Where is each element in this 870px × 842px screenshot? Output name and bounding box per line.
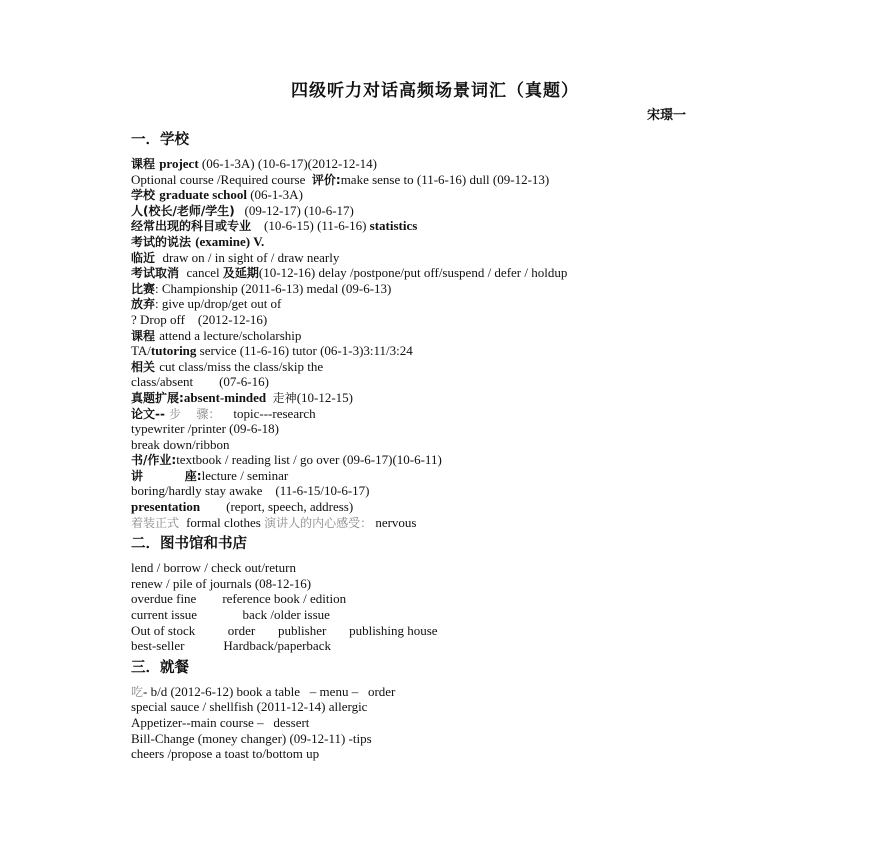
document-title: 四级听力对话高频场景词汇（真题） <box>0 76 870 101</box>
text-segment-bold: graduate school <box>159 187 247 202</box>
text-line: 学校 graduate school (06-1-3A) <box>131 187 771 203</box>
text-line: current issue back /older issue <box>131 607 771 623</box>
text-segment-rest: (report, speech, address) <box>200 499 353 514</box>
text-segment-cn: 人(校长/老师/学生) <box>131 204 235 218</box>
section-heading-library: 二．图书馆和书店 <box>131 532 771 556</box>
text-segment-bold: absent-minded <box>184 390 266 405</box>
text-segment-gray: 吃 <box>131 685 143 699</box>
text-line: Bill-Change (money changer) (09-12-11) -… <box>131 731 771 747</box>
text-segment-bold2: statistics <box>370 218 418 233</box>
text-segment-rest2: (10-12-16) delay /postpone/put off/suspe… <box>259 265 567 280</box>
text-segment-rest: draw on / in sight of / draw nearly <box>159 250 339 265</box>
text-segment-rest: break down/ribbon <box>131 437 230 452</box>
text-segment-cn: 比赛 <box>131 282 155 296</box>
text-segment-rest: ? Drop off (2012-12-16) <box>131 312 267 327</box>
text-segment-rest: class/absent (07-6-16) <box>131 374 269 389</box>
text-segment-rest: overdue fine reference book / edition <box>131 591 346 606</box>
text-segment-rest: Appetizer--main course – dessert <box>131 715 309 730</box>
text-segment-rest: Bill-Change (money changer) (09-12-11) -… <box>131 731 372 746</box>
text-segment-cn: 放弃 <box>131 297 155 311</box>
text-segment-cn: 学校 <box>131 188 159 202</box>
text-segment-cn: 课程 <box>131 157 159 171</box>
text-segment-rest: cancel <box>183 265 223 280</box>
text-line: 吃- b/d (2012-6-12) book a table – menu –… <box>131 684 771 700</box>
section-heading-school: 一．学校 <box>131 128 771 152</box>
text-line: special sauce / shellfish (2011-12-14) a… <box>131 699 771 715</box>
text-line: 经常出现的科目或专业 (10-6-15) (11-6-16) statistic… <box>131 218 771 234</box>
section-library-lines: lend / borrow / check out/returnrenew / … <box>131 560 771 654</box>
text-line: ? Drop off (2012-12-16) <box>131 312 771 328</box>
document-body: 一．学校 课程 project (06-1-3A) (10-6-17)(2012… <box>131 126 771 762</box>
text-segment-cn: 考试取消 <box>131 266 183 280</box>
text-segment-rest: - b/d (2012-6-12) book a table – menu – … <box>143 684 395 699</box>
text-segment-rest: Out of stock order publisher publishing … <box>131 623 438 638</box>
text-segment-rest: (09-12-17) (10-6-17) <box>235 203 354 218</box>
text-segment-gray2: 演讲人的内心感受： <box>264 516 372 530</box>
text-segment-bold: project <box>159 156 198 171</box>
text-segment-rest: lecture / seminar <box>202 468 289 483</box>
text-segment-rest: lend / borrow / check out/return <box>131 560 296 575</box>
text-segment-rest: textbook / reading list / go over (09-6-… <box>176 452 442 467</box>
text-line: lend / borrow / check out/return <box>131 560 771 576</box>
text-line: Out of stock order publisher publishing … <box>131 623 771 639</box>
text-segment-rest: typewriter /printer (09-6-18) <box>131 421 279 436</box>
text-line: 着装正式 formal clothes 演讲人的内心感受： nervous <box>131 515 771 531</box>
text-segment-bold: tutoring <box>151 343 197 358</box>
text-segment-rest2: nervous <box>372 515 416 530</box>
section-school-lines: 课程 project (06-1-3A) (10-6-17)(2012-12-1… <box>131 156 771 530</box>
text-line: 真题扩展:absent-minded 走神(10-12-15) <box>131 390 771 406</box>
text-segment-rest: : give up/drop/get out of <box>155 296 281 311</box>
text-segment-rest: service (11-6-16) tutor (06-1-3)3:11/3:2… <box>196 343 412 358</box>
text-segment-rest: (06-1-3A) (10-6-17)(2012-12-14) <box>199 156 377 171</box>
text-line: 课程 attend a lecture/scholarship <box>131 328 771 344</box>
text-line: overdue fine reference book / edition <box>131 591 771 607</box>
text-line: cheers /propose a toast to/bottom up <box>131 746 771 762</box>
text-segment-cn: 课程 <box>131 329 159 343</box>
text-segment-pre: TA/ <box>131 343 151 358</box>
text-line: class/absent (07-6-16) <box>131 374 771 390</box>
text-line: best-seller Hardback/paperback <box>131 638 771 654</box>
text-segment-rest: best-seller Hardback/paperback <box>131 638 331 653</box>
author-name: 宋璟一 <box>647 104 686 123</box>
text-segment-cn: 经常出现的科目或专业 <box>131 219 251 233</box>
text-segment-rest: (10-6-15) (11-6-16) <box>251 218 370 233</box>
text-segment-rest: special sauce / shellfish (2011-12-14) a… <box>131 699 367 714</box>
text-line: 书/作业:textbook / reading list / go over (… <box>131 452 771 468</box>
text-segment-rest: formal clothes <box>183 515 264 530</box>
text-line: 相关 cut class/miss the class/skip the <box>131 359 771 375</box>
text-segment-rest: renew / pile of journals (08-12-16) <box>131 576 311 591</box>
text-segment-bold: presentation <box>131 499 200 514</box>
text-segment-cn: 书/作业: <box>131 453 176 467</box>
text-line: Appetizer--main course – dessert <box>131 715 771 731</box>
text-segment-cn2: 及延期 <box>223 266 259 280</box>
text-line: renew / pile of journals (08-12-16) <box>131 576 771 592</box>
text-line: 考试取消 cancel 及延期(10-12-16) delay /postpon… <box>131 265 771 281</box>
text-line: 人(校长/老师/学生) (09-12-17) (10-6-17) <box>131 203 771 219</box>
text-segment-rest: cut class/miss the class/skip the <box>159 359 323 374</box>
text-segment-gray: 步 骤： <box>169 407 220 421</box>
text-segment-cnl: 走神 <box>273 391 297 405</box>
text-segment-cn: 论文-- <box>131 407 169 421</box>
text-segment-cn: 临近 <box>131 251 159 265</box>
document-page: 四级听力对话高频场景词汇（真题） 宋璟一 一．学校 课程 project (06… <box>0 0 870 842</box>
text-line: 临近 draw on / in sight of / draw nearly <box>131 250 771 266</box>
text-line: 课程 project (06-1-3A) (10-6-17)(2012-12-1… <box>131 156 771 172</box>
text-line: break down/ribbon <box>131 437 771 453</box>
text-segment-rest: attend a lecture/scholarship <box>159 328 301 343</box>
text-line: TA/tutoring service (11-6-16) tutor (06-… <box>131 343 771 359</box>
text-segment-cn: 真题扩展: <box>131 391 184 405</box>
text-segment-rest: cheers /propose a toast to/bottom up <box>131 746 319 761</box>
text-line: boring/hardly stay awake (11-6-15/10-6-1… <box>131 483 771 499</box>
text-segment-cn: 评价: <box>312 173 341 187</box>
text-line: 讲 座:lecture / seminar <box>131 468 771 484</box>
text-segment-gray: 着装正式 <box>131 516 183 530</box>
text-segment-cn: 讲 座: <box>131 469 202 483</box>
text-line: 比赛: Championship (2011-6-13) medal (09-6… <box>131 281 771 297</box>
text-line: Optional course /Required course 评价:make… <box>131 172 771 188</box>
text-segment-rest: make sense to (11-6-16) dull (09-12-13) <box>341 172 550 187</box>
text-segment-rest: : Championship (2011-6-13) medal (09-6-1… <box>155 281 391 296</box>
text-segment-cn: 相关 <box>131 360 159 374</box>
text-line: 论文-- 步 骤： topic---research <box>131 406 771 422</box>
text-segment-rest: boring/hardly stay awake (11-6-15/10-6-1… <box>131 483 370 498</box>
text-line: presentation (report, speech, address) <box>131 499 771 515</box>
text-segment-cn: 考试的说法 <box>131 235 195 249</box>
text-line: typewriter /printer (09-6-18) <box>131 421 771 437</box>
text-segment-rest: topic---research <box>220 406 315 421</box>
section-dining-lines: 吃- b/d (2012-6-12) book a table – menu –… <box>131 684 771 762</box>
section-heading-dining: 三．就餐 <box>131 656 771 680</box>
text-segment-pre: Optional course /Required course <box>131 172 312 187</box>
text-segment-bold: (examine) V. <box>195 234 264 249</box>
text-line: 考试的说法 (examine) V. <box>131 234 771 250</box>
text-line: 放弃: give up/drop/get out of <box>131 296 771 312</box>
text-segment-rest: (06-1-3A) <box>247 187 303 202</box>
text-segment-rest2: (10-12-15) <box>297 390 353 405</box>
text-segment-rest: current issue back /older issue <box>131 607 330 622</box>
